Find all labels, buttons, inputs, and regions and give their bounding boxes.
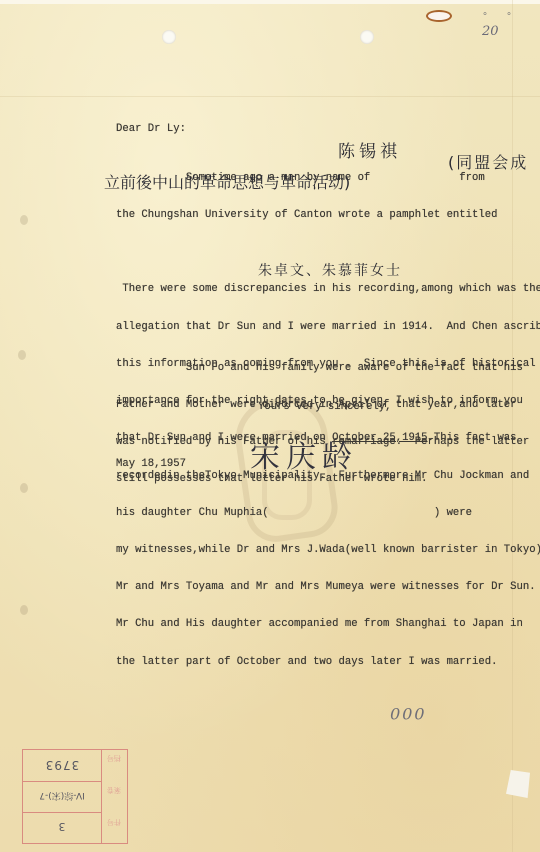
letter-line — [116, 246, 540, 258]
archive-stamp: 3793 IV-综(宋)-7 3 档号 案卷 件号 — [22, 749, 128, 844]
torn-paper-patch — [506, 770, 530, 798]
letter-line: Mr Chu and His daughter accompanied me f… — [116, 618, 540, 630]
archive-stamp-row: IV-综(宋)-7 — [23, 781, 101, 813]
letter-closing: Yours very sincerely, — [258, 401, 392, 413]
binding-hole-mark — [20, 483, 28, 493]
handwritten-pamphlet-title-part2: 立前後中山的革命思想与革命活动) — [104, 170, 350, 193]
page-top-edge — [0, 0, 540, 4]
punch-hole — [360, 30, 374, 44]
punch-hole — [162, 30, 176, 44]
archive-stamp-values: 3793 IV-综(宋)-7 3 — [23, 750, 102, 843]
letter-line: allegation that Dr Sun and I were marrie… — [116, 321, 540, 333]
letter-line: the Chungshan University of Canton wrote… — [116, 209, 540, 221]
archive-stamp-labels: 档号 案卷 件号 — [102, 750, 126, 843]
paper-crease — [0, 96, 540, 97]
item-number: 3 — [23, 820, 101, 833]
letter-line: my witnesses,while Dr and Mrs J.Wada(wel… — [116, 544, 540, 556]
archive-stamp-row: 3793 — [23, 750, 101, 782]
file-number: IV-综(宋)-7 — [23, 790, 101, 803]
letter-salutation: Dear Dr Ly: — [116, 123, 186, 135]
binding-hole-mark — [20, 605, 28, 615]
handwritten-author-name: 陈锡祺 — [338, 137, 401, 162]
corner-page-mark: 20 — [482, 24, 499, 39]
staple-rust-mark — [428, 12, 450, 20]
archive-stamp-label: 件号 — [104, 818, 124, 826]
archive-stamp-label: 案卷 — [104, 786, 124, 794]
archive-stamp-row: 3 — [23, 812, 101, 843]
letter-line: Sun Fo and his family were aware of the … — [116, 362, 529, 374]
letter-line: Mr and Mrs Toyama and Mr and Mrs Mumeya … — [116, 581, 540, 593]
letter-line: There were some discrepancies in his rec… — [116, 283, 540, 295]
archive-stamp-label: 档号 — [104, 754, 124, 762]
binding-hole-mark — [20, 215, 28, 225]
document-page: ° ° 20 Dear Dr Ly: Sometime ago a man by… — [0, 0, 540, 852]
handwritten-witness-names: 朱卓文、朱慕菲女士 — [258, 260, 402, 280]
archive-number: 3793 — [23, 758, 101, 772]
signature: 宋庆龄 — [250, 432, 358, 476]
binding-hole-mark — [18, 350, 26, 360]
letter-paragraph-2: Sun Fo and his family were aware of the … — [116, 337, 529, 511]
letter-line: the latter part of October and two days … — [116, 656, 540, 668]
handwritten-pamphlet-title-part1: (同盟会成 — [448, 150, 528, 173]
letter-date: May 18,1957 — [116, 458, 186, 470]
handwritten-page-number: 000 — [388, 704, 425, 723]
